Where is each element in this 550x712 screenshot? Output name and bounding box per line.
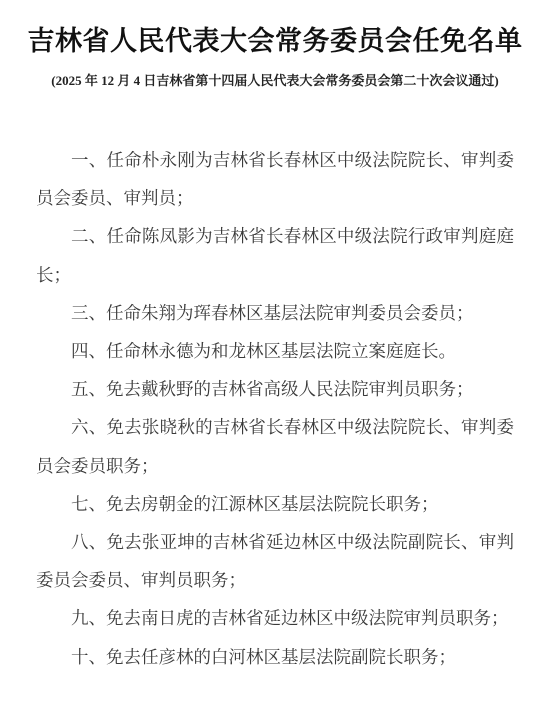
list-item: 三、任命朱翔为珲春林区基层法院审判委员会委员； (36, 294, 514, 332)
page-title: 吉林省人民代表大会常务委员会任免名单 (0, 0, 550, 57)
list-item: 四、任命林永德为和龙林区基层法院立案庭庭长。 (36, 332, 514, 370)
document-page: 吉林省人民代表大会常务委员会任免名单 (2025 年 12 月 4 日吉林省第十… (0, 0, 550, 712)
list-item: 八、免去张亚坤的吉林省延边林区中级法院副院长、审判委员会委员、审判员职务； (36, 523, 514, 599)
document-body: 一、任命朴永刚为吉林省长春林区中级法院院长、审判委员会委员、审判员； 二、任命陈… (36, 141, 514, 676)
list-item: 一、任命朴永刚为吉林省长春林区中级法院院长、审判委员会委员、审判员； (36, 141, 514, 217)
list-item: 二、任命陈凤影为吉林省长春林区中级法院行政审判庭庭长； (36, 217, 514, 293)
list-item: 十、免去任彦林的白河林区基层法院副院长职务； (36, 638, 514, 676)
list-item: 六、免去张晓秋的吉林省长春林区中级法院院长、审判委员会委员职务； (36, 408, 514, 484)
page-subtitle: (2025 年 12 月 4 日吉林省第十四届人民代表大会常务委员会第二十次会议… (0, 72, 550, 90)
list-item: 五、免去戴秋野的吉林省高级人民法院审判员职务； (36, 370, 514, 408)
list-item: 九、免去南日虎的吉林省延边林区中级法院审判员职务； (36, 599, 514, 637)
list-item: 七、免去房朝金的江源林区基层法院院长职务； (36, 485, 514, 523)
